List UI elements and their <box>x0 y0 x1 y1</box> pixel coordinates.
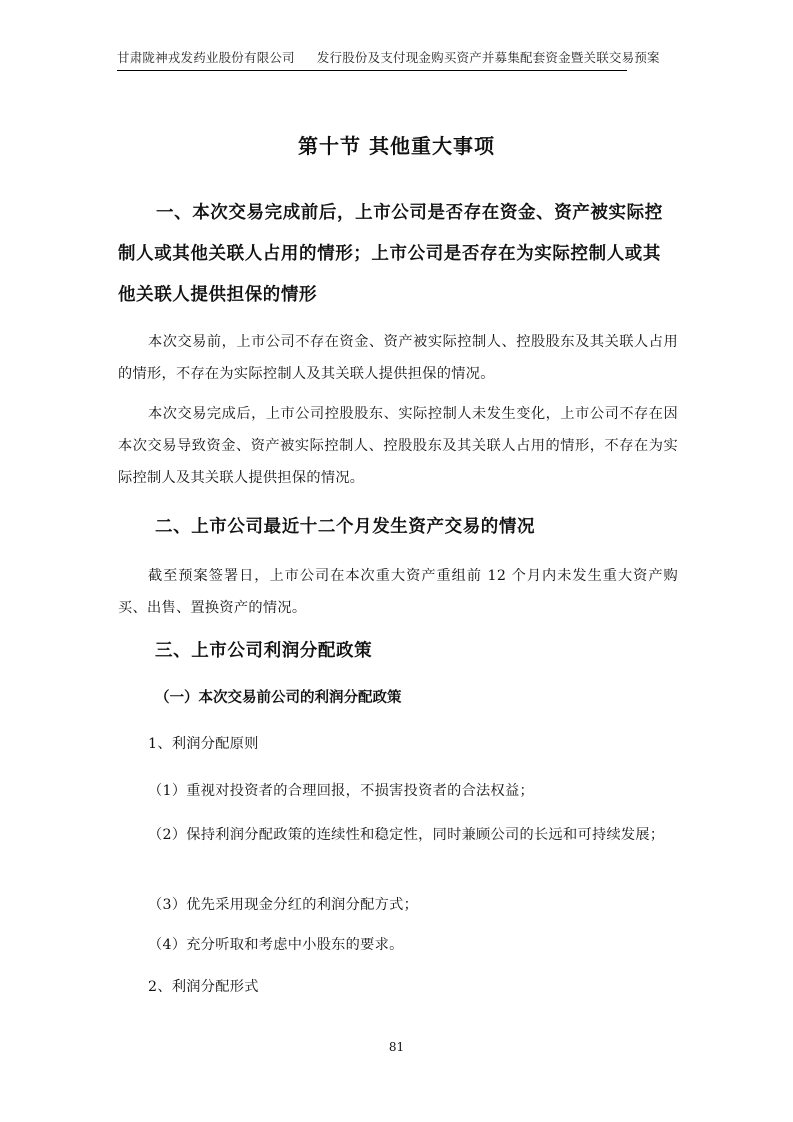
subheading: （一）本次交易前公司的利润分配政策 <box>155 686 402 707</box>
list-item: （3）优先采用现金分红的利润分配方式； <box>118 889 678 921</box>
list-item: （2）保持利润分配政策的连续性和稳定性，同时兼顾公司的长远和可持续发展； <box>118 815 678 855</box>
list-item: 2、利润分配形式 <box>118 971 678 1003</box>
paragraph: 本次交易前，上市公司不存在资金、资产被实际控制人、控股股东及其关联人占用的情形，… <box>118 326 678 390</box>
list-item: （4）充分听取和考虑中小股东的要求。 <box>118 929 678 961</box>
header-doc-title: 发行股份及支付现金购买资产并募集配套资金暨关联交易预案 <box>317 50 660 65</box>
paragraph: 截至预案签署日，上市公司在本次重大资产重组前 12 个月内未发生重大资产购买、出… <box>118 560 678 624</box>
section-title: 第十节 其他重大事项 <box>0 130 793 159</box>
list-item: 1、利润分配原则 <box>118 728 678 760</box>
header-rule <box>117 70 627 71</box>
header-company: 甘肃陇神戎发药业股份有限公司 <box>117 50 295 65</box>
page-number: 81 <box>0 1040 793 1054</box>
running-header: 甘肃陇神戎发药业股份有限公司发行股份及支付现金购买资产并募集配套资金暨关联交易预… <box>117 48 627 66</box>
heading-1: 一、本次交易完成前后，上市公司是否存在资金、资产被实际控制人或其他关联人占用的情… <box>118 193 678 316</box>
paragraph: 本次交易完成后，上市公司控股股东、实际控制人未发生变化，上市公司不存在因本次交易… <box>118 398 678 494</box>
heading-2: 二、上市公司最近十二个月发生资产交易的情况 <box>155 513 715 538</box>
list-item: （1）重视对投资者的合理回报，不损害投资者的合法权益； <box>118 775 678 807</box>
heading-3: 三、上市公司利润分配政策 <box>155 637 715 662</box>
